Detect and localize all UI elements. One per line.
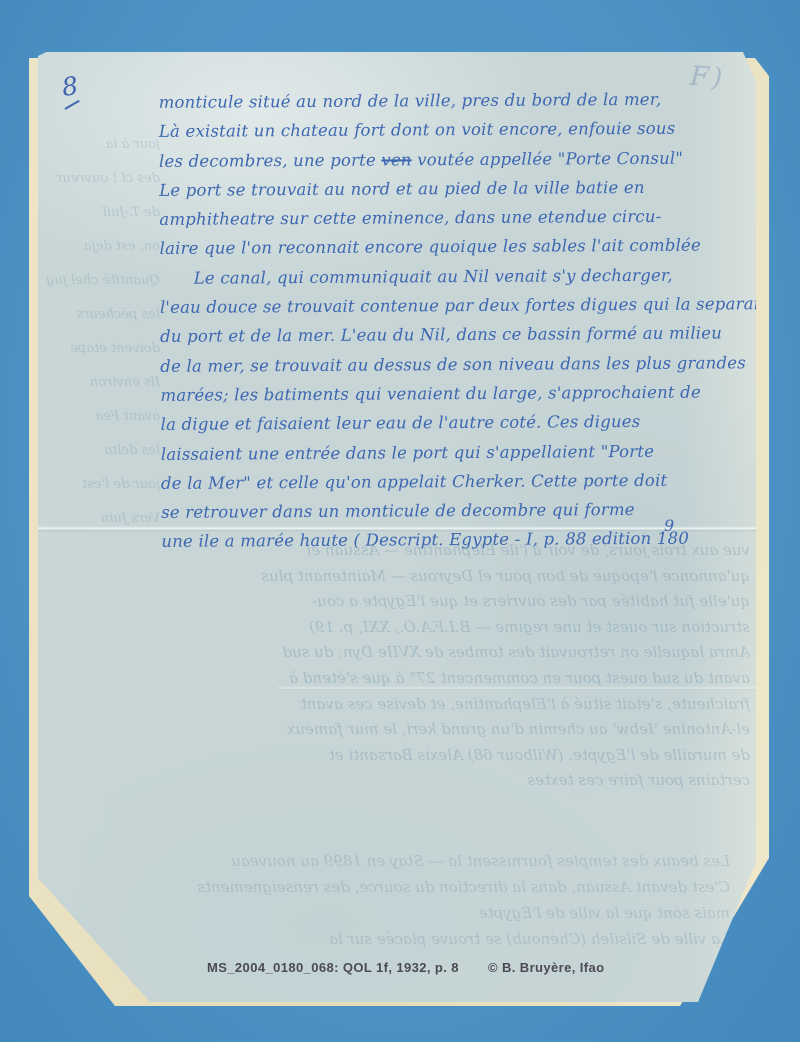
manuscript-line: de la mer, se trouvait au dessus de son …	[160, 348, 774, 381]
show-through-line: C'est devant Assuan, dans la direction d…	[68, 874, 730, 900]
manuscript-line: l'eau douce se trouvait contenue par deu…	[160, 289, 774, 322]
line-segment: les decombres, une porte	[159, 150, 381, 170]
show-through-fragment: les pécheurs	[40, 298, 160, 332]
show-through-fragment: on, est deja	[40, 230, 160, 264]
show-through-text-margin: jour à lades cl ! ouvreurde T.-Juilon, e…	[40, 128, 160, 558]
manuscript-line: Le port se trouvait au nord et au pied d…	[159, 172, 773, 205]
show-through-line: La ville de Silsileh (Chénoub) se trouve…	[68, 926, 730, 952]
show-through-fragment: les delta	[40, 434, 160, 468]
show-through-line: qu'annonce l'epoque de bon pour el Deyro…	[62, 564, 750, 590]
show-through-fragment: des cl ! ouvreur	[40, 162, 160, 196]
show-through-line: Les beaux des temples fournissent la — S…	[68, 848, 730, 874]
show-through-fragment: doivent etape	[40, 332, 160, 366]
show-through-fragment: Quantité chel jug	[40, 264, 160, 298]
manuscript-page: 8 F) monticule situé au nord de la ville…	[38, 52, 756, 1002]
citation-digit-overflow: 9	[664, 516, 674, 535]
show-through-fragment: Vers Juin	[40, 502, 160, 536]
manuscript-text: monticule situé au nord de la ville, pre…	[159, 84, 776, 556]
show-through-line: de muraille de l'Egypte. (Wilbour 68) Al…	[62, 743, 750, 769]
manuscript-line: du port et de la mer. L'eau du Nil, dans…	[160, 318, 774, 351]
struck-word: ven	[381, 150, 411, 169]
manuscript-line: Le canal, qui communiquait au Nil venait…	[160, 260, 774, 293]
manuscript-line: Là existait un chateau fort dont on voit…	[159, 113, 773, 146]
show-through-line: certains pour faire ces textes	[62, 768, 750, 794]
show-through-line: vue aux trois jours, de voir à l'ile Ele…	[62, 538, 750, 564]
show-through-line: el-Antonine 'Iebw' au chemin d'un grand …	[62, 717, 750, 743]
show-through-fragment: de T.-Juil	[40, 196, 160, 230]
show-through-fragment: jour de l'est	[40, 468, 160, 502]
manuscript-line: monticule situé au nord de la ville, pre…	[159, 84, 773, 117]
show-through-line: qu'elle fut habitée par des ouvriers et …	[62, 589, 750, 615]
show-through-line: mais sont que la ville de l'Egypte	[68, 900, 730, 926]
manuscript-line: se retrouver dans un monticule de decomb…	[161, 494, 775, 527]
archive-reference: MS_2004_0180_068: QOL 1f, 1932, p. 8	[207, 960, 459, 975]
manuscript-line: laire que l'on reconnait encore quoique …	[159, 231, 773, 264]
scan-background: 8 F) monticule situé au nord de la ville…	[0, 0, 800, 1042]
manuscript-line: marées; les batiments qui venaient du la…	[160, 377, 774, 410]
show-through-fragment: Ils environ	[40, 366, 160, 400]
manuscript-line: laissaient une entrée dans le port qui s…	[161, 436, 775, 469]
show-through-fragment: jour à la	[40, 128, 160, 162]
show-through-line: avant du sud ouest pour en commencent 27…	[62, 666, 750, 692]
page-number: 8	[60, 71, 80, 102]
manuscript-line: de la Mer" et celle qu'on appelait Cherk…	[161, 465, 775, 498]
line-segment: voutée appellée "Porte Consul"	[412, 148, 684, 169]
show-through-text-bottom: Les beaux des temples fournissent la — S…	[68, 848, 730, 952]
show-through-line: Amra laquelle on retrouvait des tombes d…	[62, 640, 750, 666]
manuscript-line: la digue et faisaient leur eau de l'autr…	[161, 406, 775, 439]
show-through-text-center: vue aux trois jours, de voir à l'ile Ele…	[62, 538, 750, 794]
show-through-line: struction sur ouest et une regime — B.I.…	[62, 615, 750, 641]
copyright-notice: © B. Bruyère, Ifao	[488, 960, 604, 975]
manuscript-line: les decombres, une porte ven voutée appe…	[159, 143, 773, 176]
manuscript-line: amphitheatre sur cette eminence, dans un…	[159, 201, 773, 234]
show-through-line: fraicheute, s'etait situé à l'Elephantin…	[62, 692, 750, 718]
show-through-fragment: avant Fea	[40, 400, 160, 434]
